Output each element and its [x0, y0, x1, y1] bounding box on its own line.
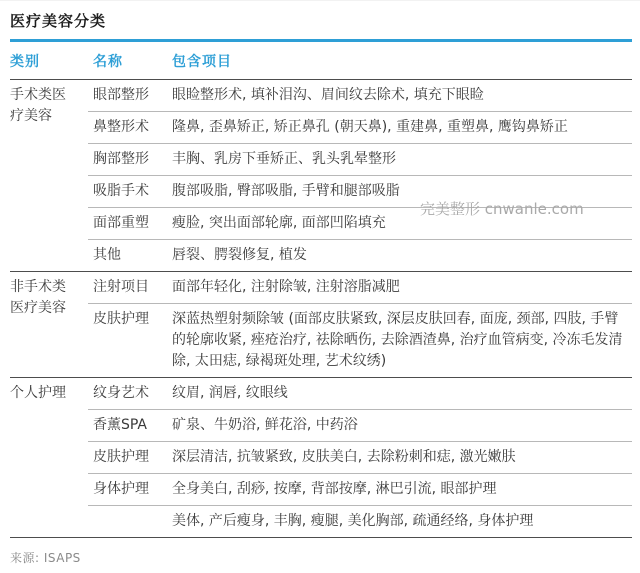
category-label: 手术类医疗美容 — [10, 80, 88, 271]
classification-table: 类别 名称 包含项目 手术类医疗美容 眼部整形 眼睑整形术, 填补泪沟、眉间纹去… — [10, 39, 632, 538]
table-row: 香薰SPA 矿泉、牛奶浴, 鲜花浴, 中药浴 — [88, 410, 632, 442]
table-row: 美体, 产后瘦身, 丰胸, 瘦腿, 美化胸部, 疏通经络, 身体护理 — [88, 506, 632, 537]
table-row: 鼻整形术 隆鼻, 歪鼻矫正, 矫正鼻孔 (朝天鼻), 重建鼻, 重塑鼻, 鹰钩鼻… — [88, 112, 632, 144]
row-name: 胸部整形 — [88, 149, 172, 170]
row-items: 深层清洁, 抗皱紧致, 皮肤美白, 去除粉刺和痣, 激光嫩肤 — [172, 447, 632, 468]
row-items: 全身美白, 刮痧, 按摩, 背部按摩, 淋巴引流, 眼部护理 — [172, 479, 632, 500]
row-items: 面部年轻化, 注射除皱, 注射溶脂减肥 — [172, 277, 632, 298]
category-group: 手术类医疗美容 眼部整形 眼睑整形术, 填补泪沟、眉间纹去除术, 填充下眼睑 鼻… — [10, 80, 632, 272]
category-rows: 注射项目 面部年轻化, 注射除皱, 注射溶脂减肥 皮肤护理 深蓝热塑射频除皱 (… — [88, 272, 632, 377]
row-name: 注射项目 — [88, 277, 172, 298]
row-items: 矿泉、牛奶浴, 鲜花浴, 中药浴 — [172, 415, 632, 436]
row-items: 丰胸、乳房下垂矫正、乳头乳晕整形 — [172, 149, 632, 170]
row-name: 香薰SPA — [88, 415, 172, 436]
table-row: 纹身艺术 纹眉, 润唇, 纹眼线 — [88, 378, 632, 410]
category-group: 个人护理 纹身艺术 纹眉, 润唇, 纹眼线 香薰SPA 矿泉、牛奶浴, 鲜花浴,… — [10, 378, 632, 538]
table-row: 皮肤护理 深蓝热塑射频除皱 (面部皮肤紧致, 深层皮肤回春, 面庞, 颈部, 四… — [88, 304, 632, 377]
row-name: 皮肤护理 — [88, 447, 172, 468]
row-items: 纹眉, 润唇, 纹眼线 — [172, 383, 632, 404]
category-label: 非手术类医疗美容 — [10, 272, 88, 377]
row-items: 眼睑整形术, 填补泪沟、眉间纹去除术, 填充下眼睑 — [172, 85, 632, 106]
table-row: 吸脂手术 腹部吸脂, 臀部吸脂, 手臂和腿部吸脂 — [88, 176, 632, 208]
row-items: 隆鼻, 歪鼻矫正, 矫正鼻孔 (朝天鼻), 重建鼻, 重塑鼻, 鹰钩鼻矫正 — [172, 117, 632, 138]
category-rows: 纹身艺术 纹眉, 润唇, 纹眼线 香薰SPA 矿泉、牛奶浴, 鲜花浴, 中药浴 … — [88, 378, 632, 537]
table-row: 身体护理 全身美白, 刮痧, 按摩, 背部按摩, 淋巴引流, 眼部护理 — [88, 474, 632, 506]
row-name: 皮肤护理 — [88, 309, 172, 372]
source-note: 来源: ISAPS — [0, 538, 640, 573]
row-name: 面部重塑 — [88, 213, 172, 234]
category-label: 个人护理 — [10, 378, 88, 537]
page: 医疗美容分类 类别 名称 包含项目 手术类医疗美容 眼部整形 眼睑整形术, 填补… — [0, 0, 640, 573]
table-body: 手术类医疗美容 眼部整形 眼睑整形术, 填补泪沟、眉间纹去除术, 填充下眼睑 鼻… — [10, 80, 632, 538]
table-row: 眼部整形 眼睑整形术, 填补泪沟、眉间纹去除术, 填充下眼睑 — [88, 80, 632, 112]
row-name: 鼻整形术 — [88, 117, 172, 138]
row-name: 其他 — [88, 245, 172, 266]
row-items: 腹部吸脂, 臀部吸脂, 手臂和腿部吸脂 — [172, 181, 632, 202]
table-row: 注射项目 面部年轻化, 注射除皱, 注射溶脂减肥 — [88, 272, 632, 304]
row-name — [88, 511, 172, 532]
row-name: 身体护理 — [88, 479, 172, 500]
category-rows: 眼部整形 眼睑整形术, 填补泪沟、眉间纹去除术, 填充下眼睑 鼻整形术 隆鼻, … — [88, 80, 632, 271]
row-name: 纹身艺术 — [88, 383, 172, 404]
row-items: 瘦脸, 突出面部轮廓, 面部凹陷填充 — [172, 213, 632, 234]
row-items: 深蓝热塑射频除皱 (面部皮肤紧致, 深层皮肤回春, 面庞, 颈部, 四肢, 手臂… — [172, 309, 632, 372]
table-row: 皮肤护理 深层清洁, 抗皱紧致, 皮肤美白, 去除粉刺和痣, 激光嫩肤 — [88, 442, 632, 474]
row-items: 美体, 产后瘦身, 丰胸, 瘦腿, 美化胸部, 疏通经络, 身体护理 — [172, 511, 632, 532]
row-name: 眼部整形 — [88, 85, 172, 106]
page-title: 医疗美容分类 — [0, 1, 640, 39]
table-row: 胸部整形 丰胸、乳房下垂矫正、乳头乳晕整形 — [88, 144, 632, 176]
table-row: 面部重塑 瘦脸, 突出面部轮廓, 面部凹陷填充 — [88, 208, 632, 240]
category-group: 非手术类医疗美容 注射项目 面部年轻化, 注射除皱, 注射溶脂减肥 皮肤护理 深… — [10, 272, 632, 378]
column-header-category: 类别 — [10, 51, 88, 71]
row-name: 吸脂手术 — [88, 181, 172, 202]
column-header-name: 名称 — [88, 51, 172, 71]
row-items: 唇裂、腭裂修复, 植发 — [172, 245, 632, 266]
table-row: 其他 唇裂、腭裂修复, 植发 — [88, 240, 632, 271]
column-header-items: 包含项目 — [172, 51, 632, 71]
table-header-row: 类别 名称 包含项目 — [10, 42, 632, 80]
